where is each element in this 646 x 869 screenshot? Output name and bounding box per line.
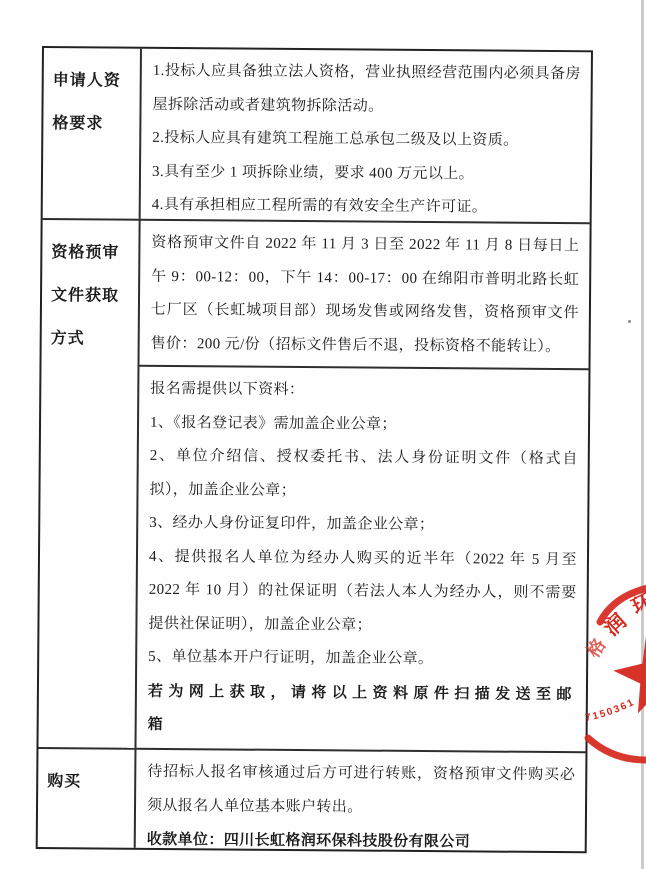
qualification-item-1: 1.投标人应具备独立法人资格，营业执照经营范围内必须具备房屋拆除活动或者建筑物拆… [152,55,581,125]
svg-text:7150361: 7150361 [584,697,637,724]
registration-materials-cell: 报名需提供以下资料： 1、《报名登记表》需加盖企业公章； 2、单位介绍信、授权委… [134,365,588,752]
materials-item-3: 3、经办人身份证复印件，加盖企业公章； [149,507,577,544]
seal-bottom-arc [588,738,646,760]
qualification-item-2: 2.投标人应具有建筑工程施工总承包二级及以上资质。 [152,122,580,159]
qualification-item-3: 3.具有至少 1 项拆除业绩，要求 400 万元以上。 [152,155,580,192]
applicant-qualification-header-cell: 申请人资格要求 [43,48,140,219]
tender-info-table: 申请人资格要求 1.投标人应具备独立法人资格，营业执照经营范围内必须具备房屋拆除… [36,46,593,853]
materials-item-4: 4、提供报名人单位为经办人购买的近半年（2022 年 5 月至 2022 年 1… [148,540,577,644]
purchase-transfer-note: 待招标人报名审核通过后方可进行转账，资格预审文件购买必须从报名人单位基本账户转出… [147,756,576,826]
prequalification-obtain-header-cell: 资格预审文件获取方式 [38,218,138,748]
purchase-header-cell: 购买 [38,747,135,848]
obtain-schedule-cell: 资格预审文件自 2022 年 11 月 3 日至 2022 年 11 月 8 日… [137,219,589,369]
materials-item-2: 2、单位介绍信、授权委托书、法人身份证明文件（格式自拟），加盖企业公章； [149,440,578,510]
materials-item-1: 1、《报名登记表》需加盖企业公章； [150,406,578,443]
company-seal-stamp: 格 润 环 7150361 [560,555,646,795]
materials-intro: 报名需提供以下资料： [150,373,578,410]
scan-speck [628,320,631,323]
seal-serial-number: 7150361 [584,697,637,724]
applicant-qualification-content-cell: 1.投标人应具备独立法人资格，营业执照经营范围内必须具备房屋拆除活动或者建筑物拆… [139,49,591,223]
online-submission-note: 若为网上获取，请将以上资料原件扫描发送至邮箱 [148,674,577,744]
scanned-document-page: 申请人资格要求 1.投标人应具备独立法人资格，营业执照经营范围内必须具备房屋拆除… [0,0,646,869]
payee-line: 收款单位：四川长虹格润环保科技股份有限公司 [147,823,575,851]
qualification-item-4: 4.具有承担相应工程所需的有效安全生产许可证。 [152,189,580,222]
materials-item-5: 5、单位基本开户行证明，加盖企业公章。 [148,641,576,678]
obtain-schedule-text: 资格预审文件自 2022 年 11 月 3 日至 2022 年 11 月 8 日… [151,227,580,364]
purchase-content-cell: 待招标人报名审核通过后方可进行转账，资格预审文件购买必须从报名人单位基本账户转出… [134,748,586,852]
seal-arc-char-partial: 格 [582,635,610,662]
